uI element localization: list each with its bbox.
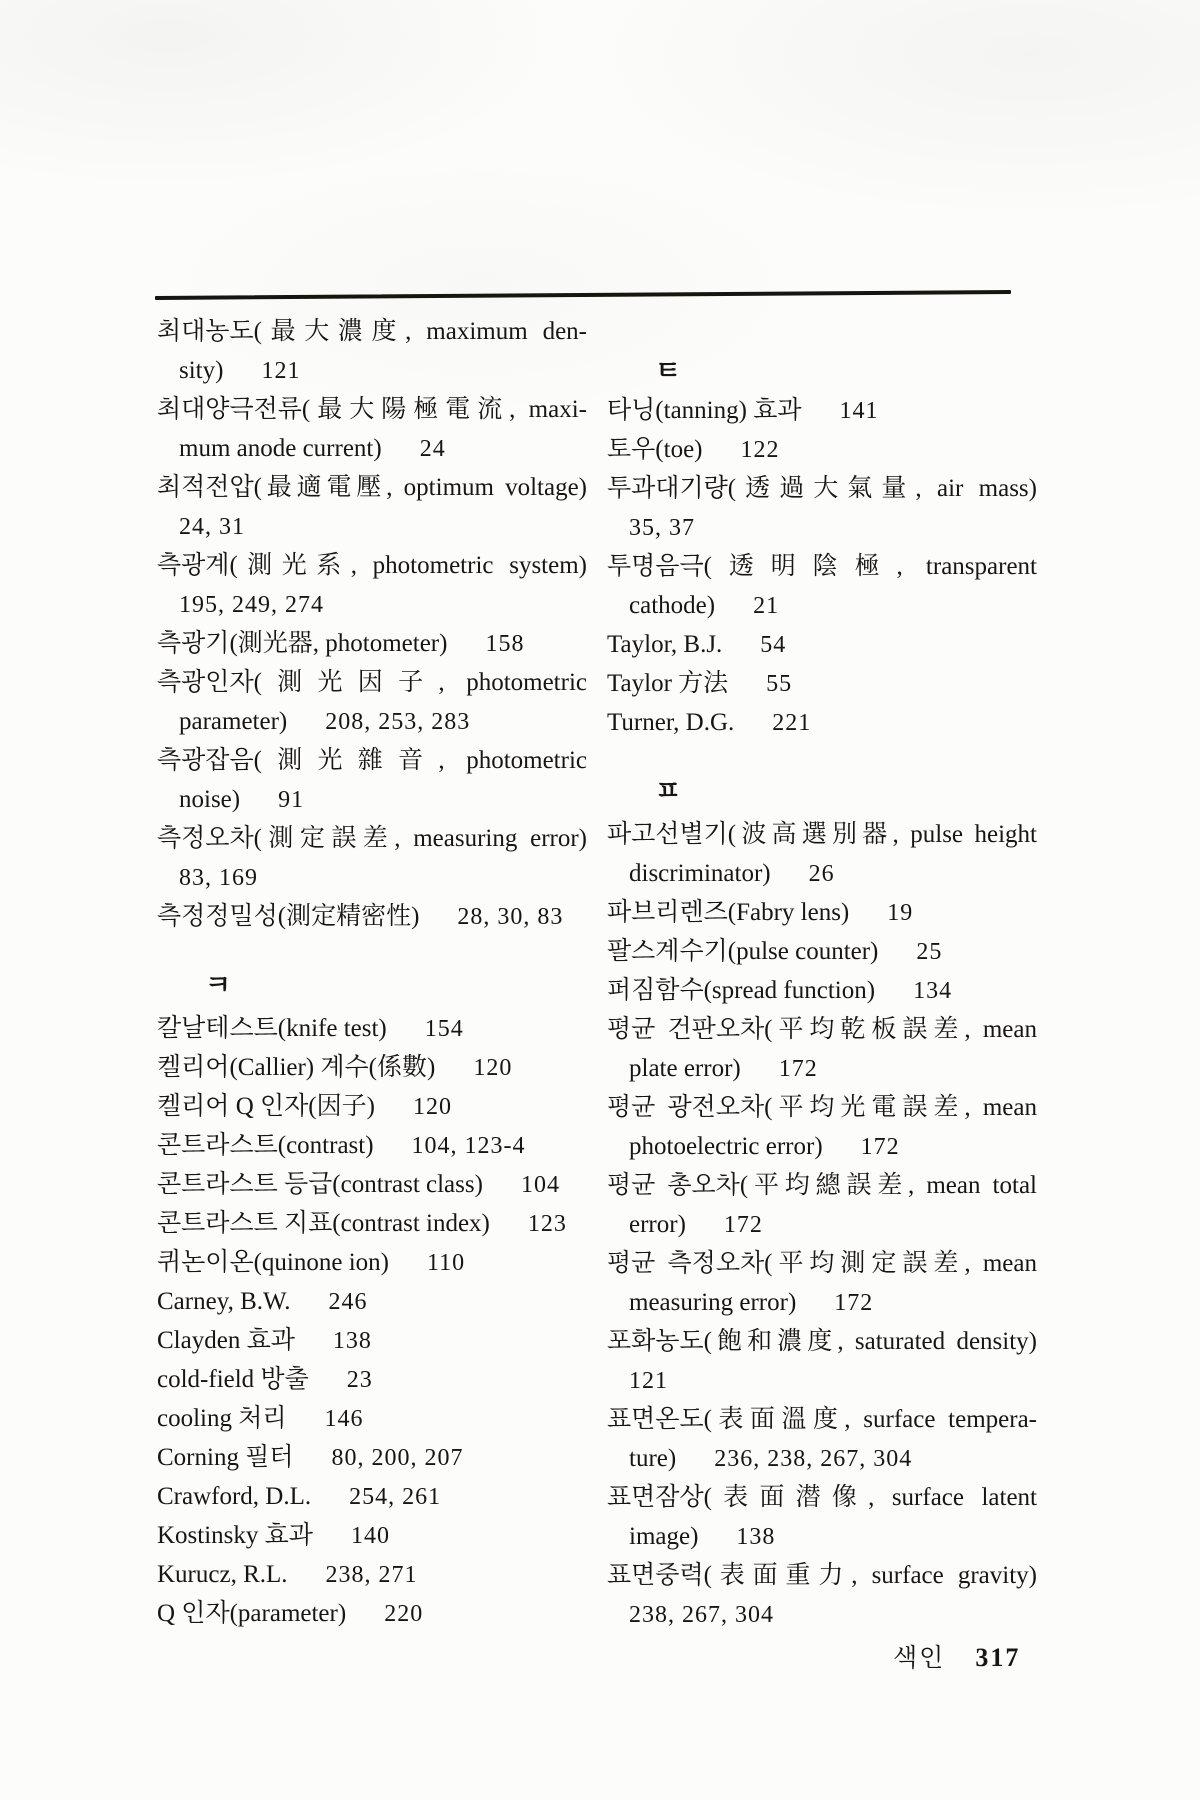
index-entry: 타닝(tanning) 효과141 <box>607 391 1037 430</box>
entry-text: 표면온도(表面溫度, surface tempera- <box>607 1406 1037 1433</box>
index-column-left: 최대농도(最大濃度, maximum den-sity)121최대양극전류(最大… <box>157 312 587 1633</box>
entry-text: Kurucz, R.L. <box>157 1561 288 1588</box>
entry-page-numbers: 146 <box>325 1406 364 1432</box>
entry-page-numbers: 221 <box>772 710 811 736</box>
index-entry-line: 238, 267, 304 <box>607 1595 1037 1634</box>
entry-page-numbers: 236, 238, 267, 304 <box>714 1446 912 1472</box>
index-entry-line: measuring error)172 <box>607 1283 1037 1322</box>
entry-text: 팔스계수기(pulse counter) <box>607 938 878 965</box>
index-entry: Kostinsky 효과140 <box>157 1516 587 1555</box>
entry-page-numbers: 220 <box>384 1601 423 1627</box>
entry-text: plate error) <box>629 1055 741 1082</box>
section-header-letter: ㅋ <box>157 966 587 1005</box>
entry-text: parameter) <box>179 708 287 735</box>
index-entry-line: 35, 37 <box>607 508 1037 547</box>
index-entry: 평균 총오차(平均總誤差, mean totalerror)172 <box>607 1166 1037 1244</box>
index-entry-line: Turner, D.G.221 <box>607 703 1037 742</box>
index-entry: Taylor 方法55 <box>607 664 1037 703</box>
index-entry-line: Kostinsky 효과140 <box>157 1516 587 1555</box>
index-entry-line: 표면중력(表面重力, surface gravity) <box>607 1556 1037 1595</box>
index-entry: 최적전압(最適電壓, optimum voltage)24, 31 <box>157 468 587 546</box>
index-entry-line: 포화농도(飽和濃度, saturated density) <box>607 1322 1037 1361</box>
index-entry: 측정정밀성(測定精密性)28, 30, 83 <box>157 897 587 936</box>
index-entry-line: 측광인자(測光因子, photometric <box>157 663 587 702</box>
index-entry-line: 평균 측정오차(平均測定誤差, mean <box>607 1244 1037 1283</box>
index-entry: 퀴논이온(quinone ion)110 <box>157 1243 587 1282</box>
entry-text: 최대양극전류(最大陽極電流, maxi- <box>157 396 587 423</box>
index-entry: 토우(toe)122 <box>607 430 1037 469</box>
index-entry: 켈리어(Callier) 계수(係數)120 <box>157 1048 587 1087</box>
entry-text: 퍼짐함수(spread function) <box>607 977 875 1004</box>
index-entry-line: 투과대기량(透過大氣量, air mass) <box>607 469 1037 508</box>
entry-page-numbers: 246 <box>329 1289 368 1315</box>
entry-page-numbers: 120 <box>473 1055 512 1081</box>
entry-text: 평균 총오차(平均總誤差, mean total <box>607 1172 1037 1199</box>
footer-section-label: 색인 <box>893 1645 945 1672</box>
entry-text: 토우(toe) <box>607 436 703 463</box>
index-entry-line: 켈리어(Callier) 계수(係數)120 <box>157 1048 587 1087</box>
index-entry-line: cooling 처리146 <box>157 1399 587 1438</box>
index-entry-line: Clayden 효과138 <box>157 1321 587 1360</box>
entry-page-numbers: 121 <box>261 358 300 384</box>
index-entry: 측광인자(測光因子, photometricparameter)208, 253… <box>157 663 587 741</box>
entry-text: noise) <box>179 786 240 813</box>
entry-text: 파고선별기(波高選別器, pulse height <box>607 821 1037 848</box>
entry-text: cold-field 방출 <box>157 1366 309 1393</box>
entry-page-numbers: 54 <box>760 632 786 658</box>
entry-page-numbers: 140 <box>351 1523 390 1549</box>
index-entry: 투명음극(透明陰極, transparentcathode)21 <box>607 547 1037 625</box>
entry-text: 평균 광전오차(平均光電誤差, mean <box>607 1094 1037 1121</box>
entry-page-numbers: 172 <box>861 1134 900 1160</box>
index-entry: 파고선별기(波高選別器, pulse heightdiscriminator)2… <box>607 815 1037 893</box>
entry-page-numbers: 195, 249, 274 <box>179 592 324 618</box>
index-entry: 포화농도(飽和濃度, saturated density)121 <box>607 1322 1037 1400</box>
index-entry: Turner, D.G.221 <box>607 703 1037 742</box>
index-entry: 평균 건판오차(平均乾板誤差, meanplate error)172 <box>607 1010 1037 1088</box>
entry-page-numbers: 26 <box>809 861 835 887</box>
entry-text: 측정오차(測定誤差, measuring error) <box>157 825 587 852</box>
index-entry-line: 콘트라스트 등급(contrast class)104 <box>157 1165 587 1204</box>
index-entry: 켈리어 Q 인자(因子)120 <box>157 1087 587 1126</box>
index-entry: 측광잡음(測光雜音, photometricnoise)91 <box>157 741 587 819</box>
entry-text: 평균 건판오차(平均乾板誤差, mean <box>607 1016 1037 1043</box>
entry-page-numbers: 80, 200, 207 <box>332 1445 464 1471</box>
index-entry-line: 콘트라스트 지표(contrast index)123 <box>157 1204 587 1243</box>
index-entry-line: 타닝(tanning) 효과141 <box>607 391 1037 430</box>
index-section: ㅍ파고선별기(波高選別器, pulse heightdiscriminator)… <box>607 772 1037 1634</box>
index-entry: 파브리렌즈(Fabry lens)19 <box>607 893 1037 932</box>
entry-text: 콘트라스트(contrast) <box>157 1132 374 1159</box>
index-entry-line: 칼날테스트(knife test)154 <box>157 1009 587 1048</box>
index-column-right: ㅌ타닝(tanning) 효과141토우(toe)122투과대기량(透過大氣量,… <box>607 312 1037 1634</box>
entry-text: 표면잠상(表面潜像, surface latent <box>607 1484 1037 1511</box>
footer-page-number: 317 <box>975 1643 1020 1672</box>
entry-page-numbers: 24 <box>420 436 446 462</box>
index-entry-line: 121 <box>607 1361 1037 1400</box>
index-entry-line: Crawford, D.L.254, 261 <box>157 1477 587 1516</box>
index-entry: Clayden 효과138 <box>157 1321 587 1360</box>
entry-page-numbers: 104, 123-4 <box>412 1133 526 1159</box>
index-entry-line: Carney, B.W.246 <box>157 1282 587 1321</box>
index-section: ㅌ타닝(tanning) 효과141토우(toe)122투과대기량(透過大氣量,… <box>607 352 1037 742</box>
index-entry-line: 토우(toe)122 <box>607 430 1037 469</box>
entry-text: 투과대기량(透過大氣量, air mass) <box>607 475 1037 502</box>
entry-text: Turner, D.G. <box>607 709 734 736</box>
entry-page-numbers: 158 <box>485 631 524 657</box>
index-entry-line: 평균 광전오차(平均光電誤差, mean <box>607 1088 1037 1127</box>
entry-text: Q 인자(parameter) <box>157 1600 346 1627</box>
entry-text: 측정정밀성(測定精密性) <box>157 903 419 930</box>
entry-page-numbers: 104 <box>521 1172 560 1198</box>
entry-page-numbers: 172 <box>779 1056 818 1082</box>
entry-page-numbers: 28, 30, 83 <box>457 904 563 930</box>
index-entry: 평균 측정오차(平均測定誤差, meanmeasuring error)172 <box>607 1244 1037 1322</box>
entry-text: measuring error) <box>629 1289 796 1316</box>
index-entry-line: ture)236, 238, 267, 304 <box>607 1439 1037 1478</box>
entry-text: 칼날테스트(knife test) <box>157 1015 387 1042</box>
index-entry-line: 최적전압(最適電壓, optimum voltage) <box>157 468 587 507</box>
index-entry-line: 표면온도(表面溫度, surface tempera- <box>607 1400 1037 1439</box>
entry-page-numbers: 138 <box>736 1524 775 1550</box>
entry-text: Crawford, D.L. <box>157 1483 311 1510</box>
page-footer: 색인317 <box>893 1638 1020 1677</box>
index-entry-line: 195, 249, 274 <box>157 585 587 624</box>
entry-text: 켈리어(Callier) 계수(係數) <box>157 1054 435 1081</box>
index-entry-line: 퀴논이온(quinone ion)110 <box>157 1243 587 1282</box>
index-entry: 팔스계수기(pulse counter)25 <box>607 932 1037 971</box>
entry-text: discriminator) <box>629 860 771 887</box>
entry-page-numbers: 121 <box>629 1368 668 1394</box>
index-entry: cold-field 방출23 <box>157 1360 587 1399</box>
index-entry-line: 파브리렌즈(Fabry lens)19 <box>607 893 1037 932</box>
index-entry: 측정오차(測定誤差, measuring error)83, 169 <box>157 819 587 897</box>
entry-text: 평균 측정오차(平均測定誤差, mean <box>607 1250 1037 1277</box>
entry-text: Carney, B.W. <box>157 1288 291 1315</box>
index-entry: Corning 필터80, 200, 207 <box>157 1438 587 1477</box>
index-entry-line: cold-field 방출23 <box>157 1360 587 1399</box>
index-entry-line: noise)91 <box>157 780 587 819</box>
index-entry-line: image)138 <box>607 1517 1037 1556</box>
section-header-letter: ㅍ <box>607 772 1037 811</box>
index-entry-line: plate error)172 <box>607 1049 1037 1088</box>
entry-page-numbers: 138 <box>333 1328 372 1354</box>
entry-text: 퀴논이온(quinone ion) <box>157 1249 389 1276</box>
index-entry-line: Kurucz, R.L.238, 271 <box>157 1555 587 1594</box>
entry-page-numbers: 25 <box>916 939 942 965</box>
entry-text: 투명음극(透明陰極, transparent <box>607 553 1037 580</box>
entry-page-numbers: 35, 37 <box>629 515 695 541</box>
entry-page-numbers: 238, 267, 304 <box>629 1602 774 1628</box>
index-entry: 표면잠상(表面潜像, surface latentimage)138 <box>607 1478 1037 1556</box>
index-entry: 측광기(測光器, photometer)158 <box>157 624 587 663</box>
entry-text: error) <box>629 1211 686 1238</box>
index-entry-line: 최대양극전류(最大陽極電流, maxi- <box>157 390 587 429</box>
index-entry-line: parameter)208, 253, 283 <box>157 702 587 741</box>
index-entry-line: error)172 <box>607 1205 1037 1244</box>
entry-page-numbers: 91 <box>278 787 304 813</box>
index-entry: cooling 처리146 <box>157 1399 587 1438</box>
entry-page-numbers: 141 <box>840 398 879 424</box>
entry-text: Corning 필터 <box>157 1444 294 1471</box>
entry-page-numbers: 83, 169 <box>179 865 258 891</box>
entry-text: 콘트라스트 등급(contrast class) <box>157 1171 483 1198</box>
index-entry: 콘트라스트 등급(contrast class)104 <box>157 1165 587 1204</box>
index-entry-line: Corning 필터80, 200, 207 <box>157 1438 587 1477</box>
entry-text: Kostinsky 효과 <box>157 1522 313 1549</box>
entry-text: 포화농도(飽和濃度, saturated density) <box>607 1328 1037 1355</box>
index-entry-line: 팔스계수기(pulse counter)25 <box>607 932 1037 971</box>
entry-page-numbers: 55 <box>766 671 792 697</box>
index-entry: Kurucz, R.L.238, 271 <box>157 1555 587 1594</box>
index-entry: 칼날테스트(knife test)154 <box>157 1009 587 1048</box>
index-entry: 평균 광전오차(平均光電誤差, meanphotoelectric error)… <box>607 1088 1037 1166</box>
index-entry-line: 측광잡음(測光雜音, photometric <box>157 741 587 780</box>
index-entry: Crawford, D.L.254, 261 <box>157 1477 587 1516</box>
header-rule <box>155 290 1011 300</box>
entry-page-numbers: 123 <box>528 1211 567 1237</box>
entry-text: 타닝(tanning) 효과 <box>607 397 802 424</box>
entry-text: 측광계(測光系, photometric system) <box>157 552 587 579</box>
entry-text: photoelectric error) <box>629 1133 823 1160</box>
index-entry-line: 측광기(測光器, photometer)158 <box>157 624 587 663</box>
index-entry-line: sity)121 <box>157 351 587 390</box>
entry-page-numbers: 134 <box>913 978 952 1004</box>
entry-text: 최적전압(最適電壓, optimum voltage) <box>157 474 587 501</box>
index-entry: 최대농도(最大濃度, maximum den-sity)121 <box>157 312 587 390</box>
entry-page-numbers: 19 <box>887 900 913 926</box>
section-header-letter: ㅌ <box>607 352 1037 391</box>
index-entry-line: 표면잠상(表面潜像, surface latent <box>607 1478 1037 1517</box>
index-entry-line: photoelectric error)172 <box>607 1127 1037 1166</box>
entry-page-numbers: 172 <box>724 1212 763 1238</box>
index-entry-line: mum anode current)24 <box>157 429 587 468</box>
index-entry-line: Taylor, B.J.54 <box>607 625 1037 664</box>
index-entry-line: 퍼짐함수(spread function)134 <box>607 971 1037 1010</box>
entry-page-numbers: 254, 261 <box>349 1484 441 1510</box>
index-entry-line: 평균 건판오차(平均乾板誤差, mean <box>607 1010 1037 1049</box>
entry-text: Taylor 方法 <box>607 670 728 697</box>
index-entry-line: 켈리어 Q 인자(因子)120 <box>157 1087 587 1126</box>
entry-text: cooling 처리 <box>157 1405 287 1432</box>
entry-text: 켈리어 Q 인자(因子) <box>157 1093 375 1120</box>
index-section: 최대농도(最大濃度, maximum den-sity)121최대양극전류(最大… <box>157 312 587 936</box>
index-entry: 투과대기량(透過大氣量, air mass)35, 37 <box>607 469 1037 547</box>
index-entry-line: 측광계(測光系, photometric system) <box>157 546 587 585</box>
index-entry: 측광계(測光系, photometric system)195, 249, 27… <box>157 546 587 624</box>
entry-text: ture) <box>629 1445 676 1472</box>
entry-page-numbers: 208, 253, 283 <box>325 709 470 735</box>
index-entry: Carney, B.W.246 <box>157 1282 587 1321</box>
index-entry: 콘트라스트 지표(contrast index)123 <box>157 1204 587 1243</box>
index-entry-line: cathode)21 <box>607 586 1037 625</box>
entry-text: image) <box>629 1523 698 1550</box>
index-entry-line: 측정오차(測定誤差, measuring error) <box>157 819 587 858</box>
entry-text: 표면중력(表面重力, surface gravity) <box>607 1562 1037 1589</box>
index-entry-line: 파고선별기(波高選別器, pulse height <box>607 815 1037 854</box>
index-entry-line: Q 인자(parameter)220 <box>157 1594 587 1633</box>
entry-page-numbers: 21 <box>753 593 779 619</box>
index-entry-line: 투명음극(透明陰極, transparent <box>607 547 1037 586</box>
index-entry: 콘트라스트(contrast)104, 123-4 <box>157 1126 587 1165</box>
entry-text: sity) <box>179 357 223 384</box>
entry-page-numbers: 24, 31 <box>179 514 245 540</box>
entry-text: 콘트라스트 지표(contrast index) <box>157 1210 490 1237</box>
entry-text: 측광잡음(測光雜音, photometric <box>157 747 587 774</box>
entry-text: cathode) <box>629 592 715 619</box>
index-entry: Taylor, B.J.54 <box>607 625 1037 664</box>
index-section: ㅋ칼날테스트(knife test)154켈리어(Callier) 계수(係數)… <box>157 966 587 1633</box>
entry-page-numbers: 122 <box>741 437 780 463</box>
entry-page-numbers: 154 <box>425 1016 464 1042</box>
entry-page-numbers: 172 <box>834 1290 873 1316</box>
index-entry: 표면온도(表面溫度, surface tempera-ture)236, 238… <box>607 1400 1037 1478</box>
entry-text: 파브리렌즈(Fabry lens) <box>607 899 849 926</box>
index-entry: Q 인자(parameter)220 <box>157 1594 587 1633</box>
entry-text: Clayden 효과 <box>157 1327 295 1354</box>
entry-text: mum anode current) <box>179 435 382 462</box>
entry-text: 측광인자(測光因子, photometric <box>157 669 587 696</box>
index-entry: 퍼짐함수(spread function)134 <box>607 971 1037 1010</box>
index-entry-line: 83, 169 <box>157 858 587 897</box>
index-entry-line: 24, 31 <box>157 507 587 546</box>
entry-page-numbers: 238, 271 <box>326 1562 418 1588</box>
entry-page-numbers: 120 <box>413 1094 452 1120</box>
index-entry: 표면중력(表面重力, surface gravity)238, 267, 304 <box>607 1556 1037 1634</box>
entry-page-numbers: 23 <box>347 1367 373 1393</box>
index-entry-line: discriminator)26 <box>607 854 1037 893</box>
index-entry-line: 콘트라스트(contrast)104, 123-4 <box>157 1126 587 1165</box>
index-entry: 최대양극전류(最大陽極電流, maxi-mum anode current)24 <box>157 390 587 468</box>
entry-page-numbers: 110 <box>427 1250 465 1276</box>
entry-text: 측광기(測光器, photometer) <box>157 630 447 657</box>
entry-text: 최대농도(最大濃度, maximum den- <box>157 318 587 345</box>
book-index-page: 최대농도(最大濃度, maximum den-sity)121최대양극전류(最大… <box>0 0 1200 1800</box>
index-entry-line: 평균 총오차(平均總誤差, mean total <box>607 1166 1037 1205</box>
index-entry-line: 측정정밀성(測定精密性)28, 30, 83 <box>157 897 587 936</box>
index-entry-line: 최대농도(最大濃度, maximum den- <box>157 312 587 351</box>
entry-text: Taylor, B.J. <box>607 631 722 658</box>
index-entry-line: Taylor 方法55 <box>607 664 1037 703</box>
